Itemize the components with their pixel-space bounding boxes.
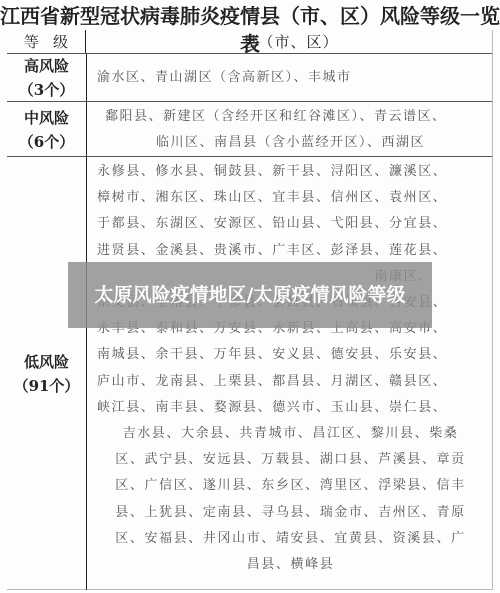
areas-line: 区、安福县、井冈山市、靖安县、宜黄县、资溪县、广 — [97, 526, 484, 552]
table-row-low-risk: 低风险 （91个） 永修县、修水县、铜鼓县、新干县、浔阳区、濂溪区、 樟树市、湘… — [7, 156, 492, 590]
areas-line: 峡江县、南丰县、婺源县、德兴市、玉山县、崇仁县、 — [97, 395, 484, 421]
areas-line: 区、广信区、遂川县、东乡区、湾里区、浮梁县、信丰 — [97, 473, 484, 499]
table-row-high-risk: 高风险 （3个） 渝水区、青山湖区（含高新区）、丰城市 — [7, 53, 492, 102]
areas-line: 区、武宁县、安远县、万载县、湖口县、芦溪县、章贡 — [97, 447, 484, 473]
areas-line: 县、上犹县、定南县、寻乌县、瑞金市、吉州区、青原 — [97, 500, 484, 526]
header-areas: 县（市、区） — [87, 30, 492, 53]
areas-line: 南城县、余干县、万年县、安义县、德安县、乐安县、 — [97, 342, 484, 368]
document-title: 江西省新型冠状病毒肺炎疫情县（市、区）风险等级一览表 — [0, 2, 500, 30]
level-count: （3个） — [19, 78, 74, 102]
table-row-medium-risk: 中风险 （6个） 鄱阳县、新建区（含经开区和红谷滩区）、青云谱区、 临川区、南昌… — [7, 101, 492, 157]
areas-line: 吉水县、大余县、共青城市、昌江区、黎川县、柴桑 — [97, 421, 484, 447]
level-label: 高风险 — [24, 54, 69, 78]
areas-line: 渝水区、青山湖区（含高新区）、丰城市 — [97, 65, 484, 91]
areas-line: 永修县、修水县、铜鼓县、新干县、浔阳区、濂溪区、 — [97, 159, 484, 185]
level-cell: 中风险 （6个） — [7, 102, 87, 157]
areas-line: 于都县、东湖区、安源区、铅山县、弋阳县、分宜县、 — [97, 211, 484, 237]
areas-cell: 永修县、修水县、铜鼓县、新干县、浔阳区、濂溪区、 樟树市、湘东区、珠山区、宜丰县… — [87, 157, 492, 590]
areas-line: 进贤县、金溪县、贵溪市、广丰区、彭泽县、莲花县、 — [97, 238, 484, 264]
header-level: 等级 — [7, 30, 86, 53]
level-count: （6个） — [19, 130, 74, 154]
level-count: （91个） — [14, 374, 80, 398]
areas-cell: 鄱阳县、新建区（含经开区和红谷滩区）、青云谱区、 临川区、南昌县（含小蓝经开区）… — [87, 102, 492, 157]
areas-line: 临川区、南昌县（含小蓝经开区）、西湖区 — [97, 130, 484, 156]
caption-text: 太原风险疫情地区/太原疫情风险等级 — [75, 282, 425, 309]
level-cell: 低风险 （91个） — [7, 157, 87, 590]
areas-line: 樟树市、湘东区、珠山区、宜丰县、信州区、袁州区、 — [97, 185, 484, 211]
level-label: 低风险 — [24, 350, 69, 374]
level-label: 中风险 — [24, 106, 69, 130]
table-header-row: 等级 县（市、区） — [7, 30, 492, 53]
areas-line: 庐山市、龙南县、上栗县、都昌县、月湖区、赣县区、 — [97, 369, 484, 395]
areas-cell: 渝水区、青山湖区（含高新区）、丰城市 — [87, 54, 492, 102]
areas-line: 鄱阳县、新建区（含经开区和红谷滩区）、青云谱区、 — [97, 104, 484, 130]
caption-overlay: 太原风险疫情地区/太原疫情风险等级 — [68, 262, 432, 328]
level-cell: 高风险 （3个） — [7, 54, 87, 102]
areas-line: 昌县、横峰县 — [97, 552, 484, 578]
